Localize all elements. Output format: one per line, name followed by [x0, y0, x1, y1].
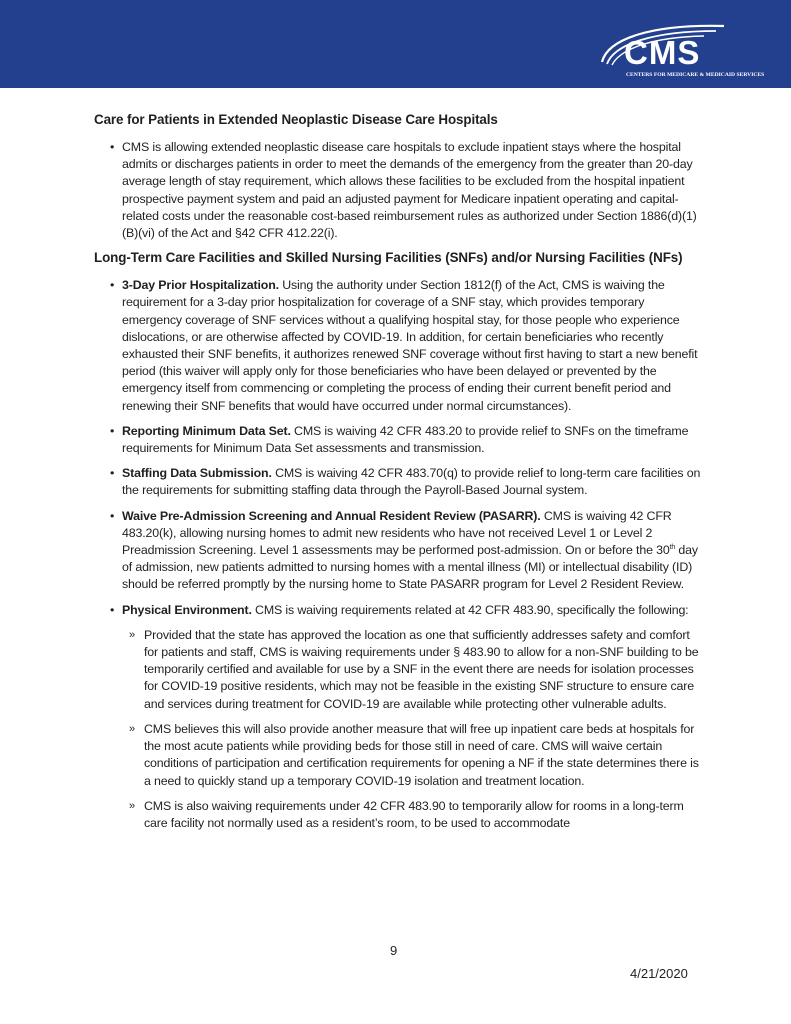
section-heading-neoplastic: Care for Patients in Extended Neoplastic… — [94, 112, 704, 127]
sub-list-item: » CMS believes this will also provide an… — [94, 721, 704, 790]
list-item: • Staffing Data Submission. CMS is waivi… — [99, 465, 704, 499]
list-item: • Waive Pre-Admission Screening and Annu… — [99, 508, 704, 594]
page-number: 9 — [390, 943, 397, 958]
cms-swoosh-logo-icon: CMS CENTERS FOR MEDICARE & MEDICAID SERV… — [594, 18, 769, 80]
svg-text:CMS: CMS — [624, 34, 700, 71]
double-chevron-icon: » — [129, 721, 135, 738]
list-item: • Reporting Minimum Data Set. CMS is wai… — [99, 423, 704, 457]
physical-environment-sub-list: » Provided that the state has approved t… — [94, 627, 704, 832]
neoplastic-bullet-list: • CMS is allowing extended neoplastic di… — [94, 139, 704, 242]
document-body: Care for Patients in Extended Neoplastic… — [94, 112, 704, 840]
footer-date: 4/21/2020 — [630, 966, 688, 981]
sub-list-item: » Provided that the state has approved t… — [94, 627, 704, 713]
bullet-lead: Waive Pre-Admission Screening and Annual… — [122, 509, 541, 523]
list-item: • 3-Day Prior Hospitalization. Using the… — [99, 277, 704, 415]
svg-text:CENTERS FOR MEDICARE & MEDICAI: CENTERS FOR MEDICARE & MEDICAID SERVICES — [626, 72, 764, 78]
bullet-icon: • — [110, 139, 114, 156]
bullet-text: CMS is waiving requirements related at 4… — [252, 603, 689, 617]
bullet-icon: • — [110, 602, 114, 619]
header-band: CMS CENTERS FOR MEDICARE & MEDICAID SERV… — [0, 0, 791, 88]
bullet-icon: • — [110, 508, 114, 525]
sub-list-item: » CMS is also waiving requirements under… — [94, 798, 704, 832]
cms-logo: CMS CENTERS FOR MEDICARE & MEDICAID SERV… — [594, 18, 769, 80]
sub-bullet-text: CMS is also waiving requirements under 4… — [144, 799, 684, 830]
list-item: • CMS is allowing extended neoplastic di… — [99, 139, 704, 242]
bullet-icon: • — [110, 465, 114, 482]
bullet-lead: Reporting Minimum Data Set. — [122, 424, 291, 438]
bullet-icon: • — [110, 277, 114, 294]
bullet-lead: Staffing Data Submission. — [122, 466, 272, 480]
sub-bullet-text: Provided that the state has approved the… — [144, 628, 698, 711]
section-heading-ltc-snf: Long-Term Care Facilities and Skilled Nu… — [94, 250, 704, 265]
bullet-lead: Physical Environment. — [122, 603, 252, 617]
double-chevron-icon: » — [129, 798, 135, 815]
bullet-text: Using the authority under Section 1812(f… — [122, 278, 697, 412]
bullet-text: CMS is allowing extended neoplastic dise… — [122, 140, 697, 240]
bullet-lead: 3-Day Prior Hospitalization. — [122, 278, 279, 292]
bullet-icon: • — [110, 423, 114, 440]
sub-bullet-text: CMS believes this will also provide anot… — [144, 722, 699, 788]
double-chevron-icon: » — [129, 627, 135, 644]
ltc-bullet-list: • 3-Day Prior Hospitalization. Using the… — [94, 277, 704, 619]
list-item: • Physical Environment. CMS is waiving r… — [99, 602, 704, 619]
